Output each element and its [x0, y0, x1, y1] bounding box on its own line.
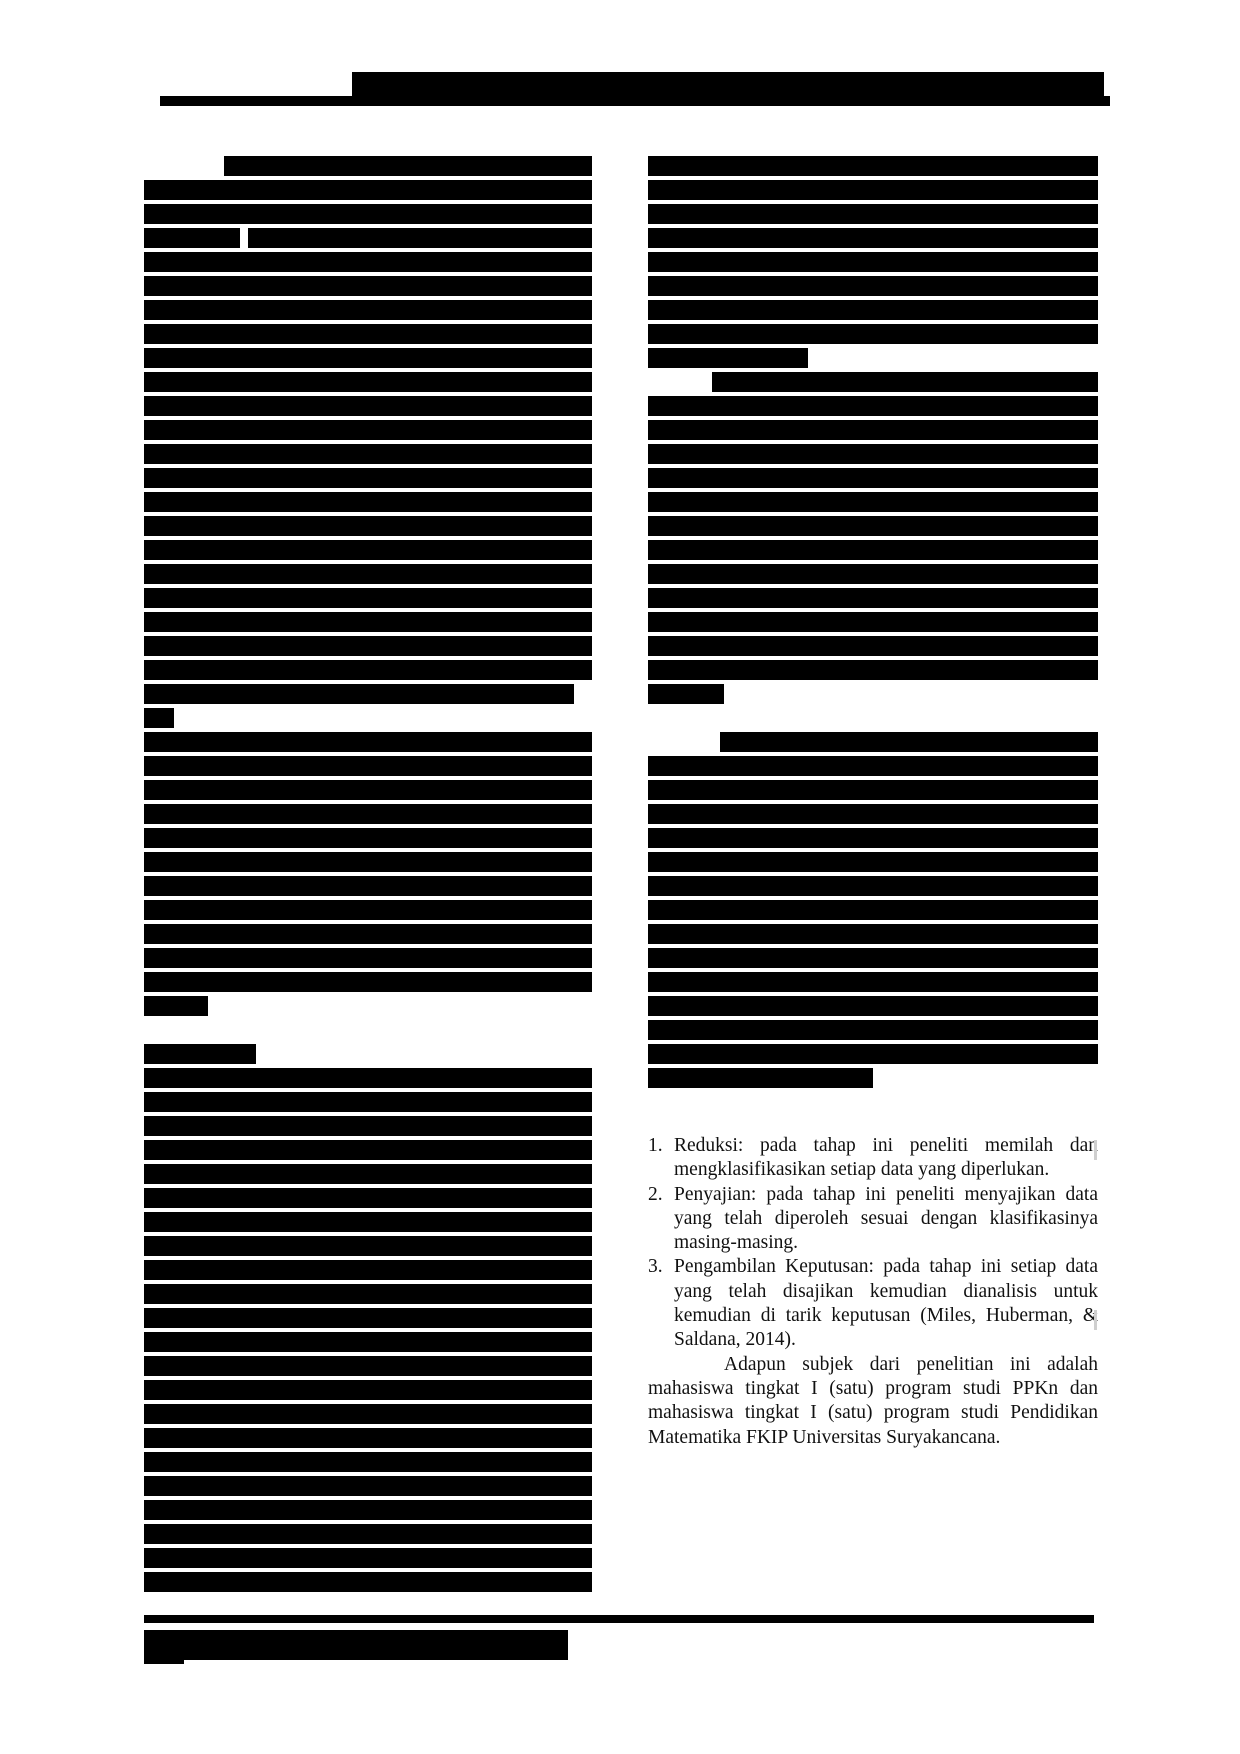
redaction-bar — [144, 468, 592, 488]
redaction-bar — [648, 780, 1098, 800]
redaction-bar — [144, 1476, 592, 1496]
redacted-line — [648, 296, 1098, 320]
redacted-line — [648, 824, 1098, 848]
redaction-bar — [144, 684, 574, 704]
redacted-line — [144, 512, 592, 536]
scan-artifact — [1094, 1310, 1097, 1330]
redacted-line — [648, 320, 1098, 344]
redaction-bar — [648, 588, 1098, 608]
scan-artifact — [1094, 1140, 1097, 1160]
redacted-line — [648, 800, 1098, 824]
redacted-line — [144, 200, 592, 224]
redaction-bar — [144, 252, 592, 272]
redaction-bar — [144, 1068, 592, 1088]
redacted-line — [648, 704, 1098, 728]
redaction-bar — [144, 780, 592, 800]
redacted-line — [144, 1208, 592, 1232]
redacted-line — [144, 872, 592, 896]
redaction-bar — [144, 204, 592, 224]
redacted-line — [144, 272, 592, 296]
redaction-bar — [144, 828, 592, 848]
redacted-line — [648, 224, 1098, 248]
redaction-bar — [144, 180, 592, 200]
redacted-line — [144, 1232, 592, 1256]
redaction-bar — [712, 372, 1098, 392]
redacted-line — [648, 248, 1098, 272]
redaction-bar — [144, 1356, 592, 1376]
redacted-line — [648, 200, 1098, 224]
redacted-line — [648, 1064, 1098, 1088]
redaction-bar — [648, 636, 1098, 656]
running-footer-redacted — [144, 1630, 568, 1660]
redacted-line — [648, 152, 1098, 176]
redacted-line — [648, 464, 1098, 488]
redacted-line — [648, 512, 1098, 536]
redacted-line — [144, 368, 592, 392]
redaction-bar — [144, 732, 592, 752]
redaction-bar — [144, 1380, 592, 1400]
redacted-line — [144, 1040, 592, 1064]
right-column-redacted-text — [648, 152, 1098, 1088]
step-number: 2. — [648, 1183, 674, 1256]
redacted-line — [144, 632, 592, 656]
redaction-bar — [144, 1044, 256, 1064]
redaction-bar — [648, 684, 724, 704]
left-column-redacted-text — [144, 152, 592, 1592]
redacted-line — [144, 776, 592, 800]
redaction-bar — [144, 324, 592, 344]
redaction-bar — [144, 1284, 592, 1304]
document-page: 1. Reduksi: pada tahap ini peneliti memi… — [0, 0, 1240, 1754]
redacted-line — [144, 1496, 592, 1520]
redaction-bar — [144, 1500, 592, 1520]
redacted-line — [648, 632, 1098, 656]
redaction-bar — [144, 1308, 592, 1328]
redacted-line — [648, 176, 1098, 200]
redaction-bar — [648, 204, 1098, 224]
step-number: 3. — [648, 1255, 674, 1352]
redacted-line — [144, 728, 592, 752]
redacted-line — [144, 1256, 592, 1280]
redacted-line — [144, 1376, 592, 1400]
analysis-step-2: 2. Penyajian: pada tahap ini peneliti me… — [648, 1183, 1098, 1256]
redaction-bar — [144, 804, 592, 824]
redaction-bar — [144, 1548, 592, 1568]
analysis-steps-list: 1. Reduksi: pada tahap ini peneliti memi… — [648, 1134, 1098, 1353]
redaction-bar — [648, 444, 1098, 464]
redacted-line — [144, 224, 592, 248]
redacted-line — [648, 680, 1098, 704]
redaction-bar — [144, 852, 592, 872]
redaction-bar — [144, 1524, 592, 1544]
redacted-line — [648, 728, 1098, 752]
redaction-bar — [648, 948, 1098, 968]
redacted-line — [648, 392, 1098, 416]
redaction-bar — [648, 612, 1098, 632]
redacted-line — [144, 944, 592, 968]
redaction-bar — [144, 636, 592, 656]
redacted-line — [144, 680, 592, 704]
redaction-bar — [144, 348, 592, 368]
redaction-bar — [144, 1404, 592, 1424]
redacted-line — [144, 488, 592, 512]
analysis-step-3: 3. Pengambilan Keputusan: pada tahap ini… — [648, 1255, 1098, 1352]
redaction-bar — [144, 612, 592, 632]
step-number: 1. — [648, 1134, 674, 1183]
redaction-bar — [648, 516, 1098, 536]
redaction-bar — [648, 996, 1098, 1016]
redaction-bar — [144, 588, 592, 608]
redacted-line — [144, 176, 592, 200]
redaction-bar — [648, 924, 1098, 944]
redacted-line — [144, 296, 592, 320]
redaction-bar — [144, 228, 240, 248]
redacted-line — [144, 320, 592, 344]
redaction-bar — [648, 564, 1098, 584]
redaction-bar — [648, 1068, 873, 1088]
redacted-line — [144, 584, 592, 608]
redaction-bar — [144, 1116, 592, 1136]
redacted-line — [648, 440, 1098, 464]
redacted-line — [144, 1064, 592, 1088]
redacted-line — [144, 752, 592, 776]
redacted-line — [648, 896, 1098, 920]
redaction-bar — [144, 972, 592, 992]
redaction-bar — [648, 1020, 1098, 1040]
redaction-bar — [144, 300, 592, 320]
redaction-bar — [648, 324, 1098, 344]
redacted-line — [144, 152, 592, 176]
redaction-bar — [144, 1260, 592, 1280]
redaction-bar — [144, 444, 592, 464]
redacted-line — [144, 1304, 592, 1328]
redacted-line — [648, 1040, 1098, 1064]
redaction-bar — [144, 1092, 592, 1112]
redaction-bar — [144, 996, 208, 1016]
redaction-bar — [144, 1452, 592, 1472]
redaction-bar — [144, 1428, 592, 1448]
subject-paragraph: Adapun subjek dari penelitian ini adalah… — [648, 1353, 1098, 1450]
footer-rule — [144, 1615, 1094, 1623]
redaction-bar — [248, 228, 592, 248]
redaction-bar — [648, 300, 1098, 320]
redacted-line — [648, 992, 1098, 1016]
redacted-line — [144, 1136, 592, 1160]
redacted-line — [144, 1184, 592, 1208]
redaction-bar — [144, 492, 592, 512]
redaction-bar — [144, 564, 592, 584]
redaction-bar — [648, 660, 1098, 680]
redacted-line — [648, 872, 1098, 896]
analysis-step-1: 1. Reduksi: pada tahap ini peneliti memi… — [648, 1134, 1098, 1183]
step-text: Reduksi: pada tahap ini peneliti memilah… — [674, 1134, 1098, 1183]
redaction-bar — [648, 228, 1098, 248]
redaction-bar — [648, 348, 808, 368]
redacted-line — [648, 536, 1098, 560]
redaction-bar — [144, 396, 592, 416]
redaction-bar — [144, 876, 592, 896]
redaction-bar — [648, 180, 1098, 200]
redaction-bar — [648, 756, 1098, 776]
redaction-bar — [144, 1332, 592, 1352]
redaction-bar — [648, 540, 1098, 560]
redaction-bar — [144, 1188, 592, 1208]
redacted-line — [144, 416, 592, 440]
redacted-line — [144, 1016, 592, 1040]
redacted-line — [144, 1160, 592, 1184]
redaction-bar — [144, 900, 592, 920]
redaction-bar — [648, 492, 1098, 512]
redacted-line — [144, 1400, 592, 1424]
redaction-bar — [648, 972, 1098, 992]
redaction-bar — [144, 1164, 592, 1184]
redacted-line — [144, 248, 592, 272]
redacted-line — [648, 920, 1098, 944]
redacted-line — [648, 848, 1098, 872]
redacted-line — [144, 1472, 592, 1496]
redaction-bar — [144, 1236, 592, 1256]
redacted-line — [648, 488, 1098, 512]
redaction-bar — [648, 876, 1098, 896]
redaction-bar — [144, 660, 592, 680]
redacted-line — [144, 920, 592, 944]
redacted-line — [144, 392, 592, 416]
redacted-line — [144, 1568, 592, 1592]
redaction-bar — [648, 852, 1098, 872]
redacted-line — [144, 848, 592, 872]
redacted-line — [144, 1520, 592, 1544]
redaction-bar — [648, 252, 1098, 272]
redacted-line — [144, 536, 592, 560]
redacted-line — [144, 1352, 592, 1376]
redacted-line — [144, 1088, 592, 1112]
redaction-bar — [144, 276, 592, 296]
redacted-line — [144, 1280, 592, 1304]
redacted-line — [648, 1016, 1098, 1040]
redacted-line — [648, 752, 1098, 776]
redacted-line — [144, 464, 592, 488]
redacted-line — [144, 968, 592, 992]
step-text: Pengambilan Keputusan: pada tahap ini se… — [674, 1255, 1098, 1352]
redacted-line — [144, 608, 592, 632]
redacted-line — [144, 992, 592, 1016]
redaction-bar — [648, 828, 1098, 848]
redacted-line — [648, 272, 1098, 296]
redacted-line — [144, 1328, 592, 1352]
redaction-bar — [144, 540, 592, 560]
redacted-line — [648, 944, 1098, 968]
redacted-line — [648, 584, 1098, 608]
redacted-line — [648, 608, 1098, 632]
redaction-bar — [648, 396, 1098, 416]
redaction-bar — [648, 1044, 1098, 1064]
right-column-visible-text: 1. Reduksi: pada tahap ini peneliti memi… — [648, 1134, 1098, 1450]
redacted-line — [144, 896, 592, 920]
redaction-bar — [144, 1140, 592, 1160]
redaction-bar — [648, 420, 1098, 440]
redaction-bar — [144, 924, 592, 944]
redaction-bar — [144, 1572, 592, 1592]
header-rule — [160, 96, 1110, 106]
redacted-line — [144, 800, 592, 824]
redacted-line — [144, 1424, 592, 1448]
redaction-bar — [144, 708, 174, 728]
redacted-line — [648, 368, 1098, 392]
redaction-bar — [648, 156, 1098, 176]
redaction-bar — [144, 420, 592, 440]
redaction-bar — [648, 468, 1098, 488]
redaction-bar — [144, 516, 592, 536]
redacted-line — [648, 344, 1098, 368]
redaction-bar — [144, 372, 592, 392]
step-text: Penyajian: pada tahap ini peneliti menya… — [674, 1183, 1098, 1256]
redacted-line — [144, 704, 592, 728]
redacted-line — [648, 416, 1098, 440]
redacted-line — [144, 656, 592, 680]
redacted-line — [144, 824, 592, 848]
redacted-line — [144, 344, 592, 368]
redacted-line — [144, 560, 592, 584]
redacted-line — [144, 1544, 592, 1568]
redaction-bar — [144, 756, 592, 776]
redaction-bar — [144, 948, 592, 968]
redacted-line — [144, 1448, 592, 1472]
redacted-line — [648, 656, 1098, 680]
redaction-bar — [224, 156, 592, 176]
redaction-bar — [720, 732, 1098, 752]
redacted-line — [648, 560, 1098, 584]
redacted-line — [648, 968, 1098, 992]
redacted-line — [648, 776, 1098, 800]
redacted-line — [144, 1112, 592, 1136]
redaction-bar — [648, 900, 1098, 920]
redaction-bar — [648, 276, 1098, 296]
redaction-bar — [144, 1212, 592, 1232]
redacted-line — [144, 440, 592, 464]
page-number-redacted — [144, 1630, 184, 1664]
redaction-bar — [648, 804, 1098, 824]
